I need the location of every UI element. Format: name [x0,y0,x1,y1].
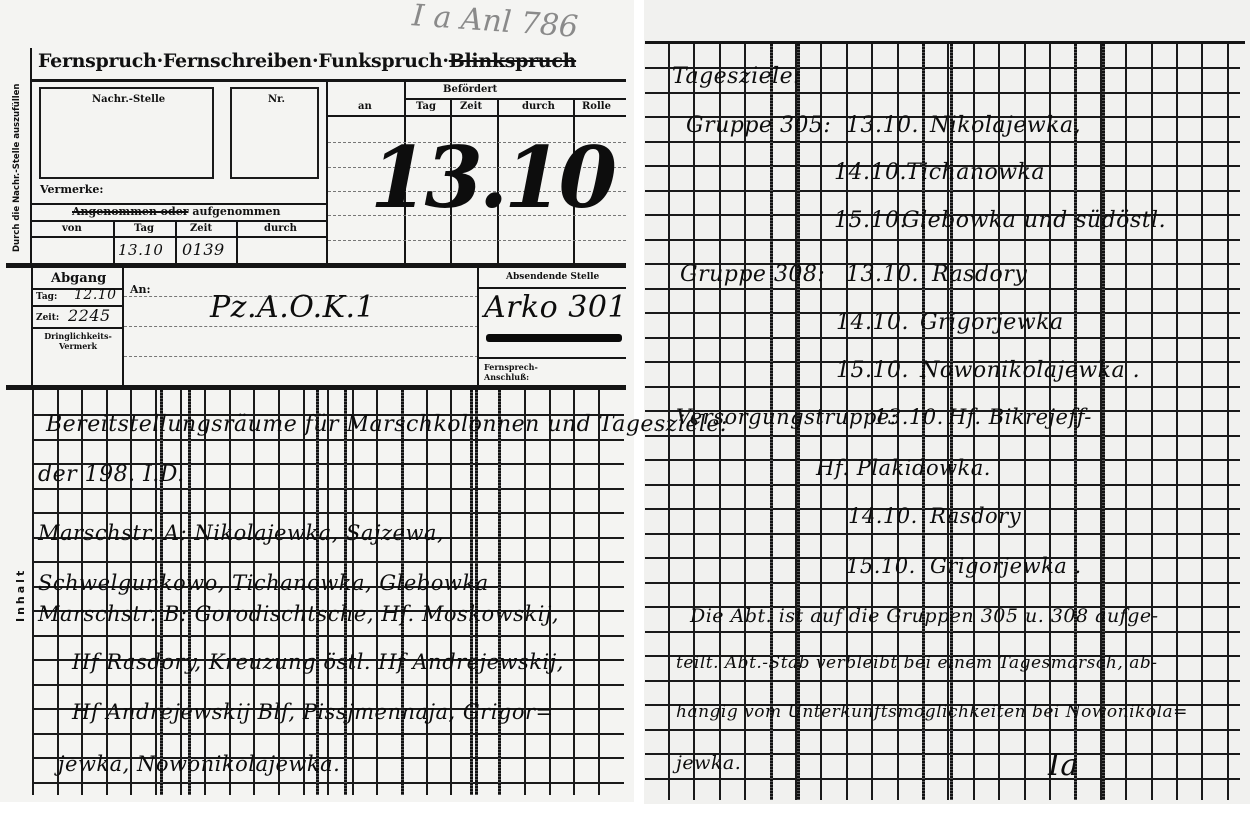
entry-place: Glebowka und südöstl. [902,208,1166,233]
entry-place: Rasdory [932,262,1027,287]
title-rule [30,79,626,82]
grid-line [645,386,1240,388]
befoerdert-label: Befördert [443,84,497,95]
page-gap [634,0,644,814]
right-heading: Tagesziele: [672,64,801,89]
befoerdert-col-tag: Tag [416,101,436,112]
grid-line [645,582,1240,584]
absendende-stelle-label: Absendende Stelle [506,272,599,282]
nachr-stelle-label: Nachr.-Stelle [92,94,165,105]
grid-line [645,92,1240,94]
abgang-zeit-value: 2245 [68,306,111,325]
grid-line [1125,44,1127,800]
vermerke-label: Vermerke: [40,183,103,196]
an-label: An: [130,283,151,296]
angenommen-label: Angenommen oder aufgenommen [72,205,280,218]
message-line: Hf Rasdory, Kreuzung östl. Hf Andrejewsk… [72,650,564,674]
grid-line [1201,44,1203,800]
grid-line [1176,44,1178,800]
signature: Ia [1048,748,1079,783]
befoerdert-col-zeit: Zeit [460,101,482,112]
grid-line [645,533,1240,535]
abgang-tag-value: 12.10 [74,287,117,303]
rule [479,287,626,289]
an-value: Pz.A.O.K.1 [210,290,375,325]
grid-line [32,439,624,441]
grid-line [32,782,624,784]
closing-line: hängig vom Unterkunftsmöglichkeiten bei … [676,702,1188,722]
befoerdert-col-an: an [358,101,372,112]
rule [328,240,626,241]
col-tag: Tag [134,223,154,234]
entry-place: Grigorjewka . [930,554,1082,578]
col-zeit: Zeit [190,223,212,234]
grid-line [645,239,1240,241]
entry-place: Hf. Plakidowka. [816,456,991,480]
abgang-tag-label: Tag: [36,292,57,302]
rule [124,356,478,357]
grid-line [1227,44,1229,800]
fernsprech-label: Fernsprech-Anschluß: [484,362,554,382]
rule [31,327,124,329]
side-label: Durch die Nachr.-Stelle auszufüllen [12,84,22,253]
message-line: Marschstr. B: Gorodischtsche, Hf. Moskow… [38,602,559,626]
abgang-label: Abgang [51,271,106,286]
grid-line [645,631,1240,633]
entry-date: 15.10. [846,554,916,578]
inhalt-label: Inhalt [14,568,27,622]
group-label: Versorgungstruppe: [676,405,897,429]
rule [32,236,326,238]
grid-line [645,729,1240,731]
grid-line [645,190,1240,192]
nr-label: Nr. [268,94,285,105]
entry-place: Rasdory [930,504,1021,528]
rule [122,268,124,386]
closing-line: Die Abt. ist auf die Gruppen 305 u. 308 … [690,605,1159,627]
entry-place: Nowonikolajewka . [920,358,1140,383]
entry-place: Tichanowka [906,160,1045,185]
grid-line [645,337,1240,339]
angenommen-zeit-value: 0139 [182,240,225,259]
rule [477,268,479,386]
entry-date: 13.10. [874,405,944,429]
angenommen-tag-value: 13.10 [118,241,163,259]
grid-line [32,733,624,735]
entry-date: 15.10. [836,358,909,383]
col-durch: durch [264,223,297,234]
top-rule-right [645,41,1245,44]
absendende-stelle-value: Arko 301 [484,290,627,325]
entry-place: Nikolajewka, [930,113,1081,138]
grid-line [645,778,1240,780]
befoerdert-col-durch: durch [522,101,555,112]
grid-line [1151,44,1153,800]
entry-place: Grigorjewka [920,310,1064,335]
rule [32,220,326,222]
grid-line [1102,44,1105,800]
redaction-mark [486,334,622,342]
grid-line [645,680,1240,682]
grid-line [645,141,1240,143]
dringlichkeit-label: Dringlichkeits-Vermerk [36,331,120,351]
grid-line [645,484,1240,486]
form-title: Fernspruch·Fernschreiben·Funkspruch·Blin… [38,50,576,72]
abgang-zeit-label: Zeit: [36,313,59,323]
message-line: Bereitstellungsräume für Marschkolonnen … [46,412,728,437]
group-label: Gruppe 308: [680,262,825,287]
rule [175,220,177,264]
rule [124,326,478,327]
entry-date: 13.10. [846,113,919,138]
rule [326,82,328,264]
grid-line [32,684,624,686]
rule [404,98,626,100]
entry-date: 14.10. [834,160,907,185]
rule [479,357,626,359]
col-von: von [62,223,82,234]
entry-place: Hf. Bikrejeff- [948,405,1092,429]
closing-line: jewka. [676,752,741,774]
entry-date: 14.10. [836,310,909,335]
closing-line: teilt. Abt.-Stab verbleibt bei einem Tag… [676,653,1157,673]
entry-date: 15.10. [834,208,907,233]
grid-line [645,288,1240,290]
rule [326,115,626,117]
befoerdert-col-rolle: Rolle [582,101,611,112]
grid-line [645,435,1240,437]
grid-line [668,44,670,800]
section-rule [6,263,626,268]
rule [236,220,238,264]
group-label: Gruppe 305: [686,113,831,138]
message-line: jewka, Nowonikolajewka. [58,752,340,776]
message-line: Marschstr. A: Nikolajewka, Sajzewa, Schw… [38,508,638,608]
entry-date: 13.10. [846,262,919,287]
entry-date: 14.10. [848,504,918,528]
grid-line [32,635,624,637]
rule [113,220,115,264]
befoerdert-large-date: 13.10 [370,128,613,227]
message-line: Hf Andrejewskij Blf, Pissjmennaja, Grigo… [72,700,554,724]
message-line: der 198. I.D. [38,462,185,487]
grid-line [32,488,624,490]
